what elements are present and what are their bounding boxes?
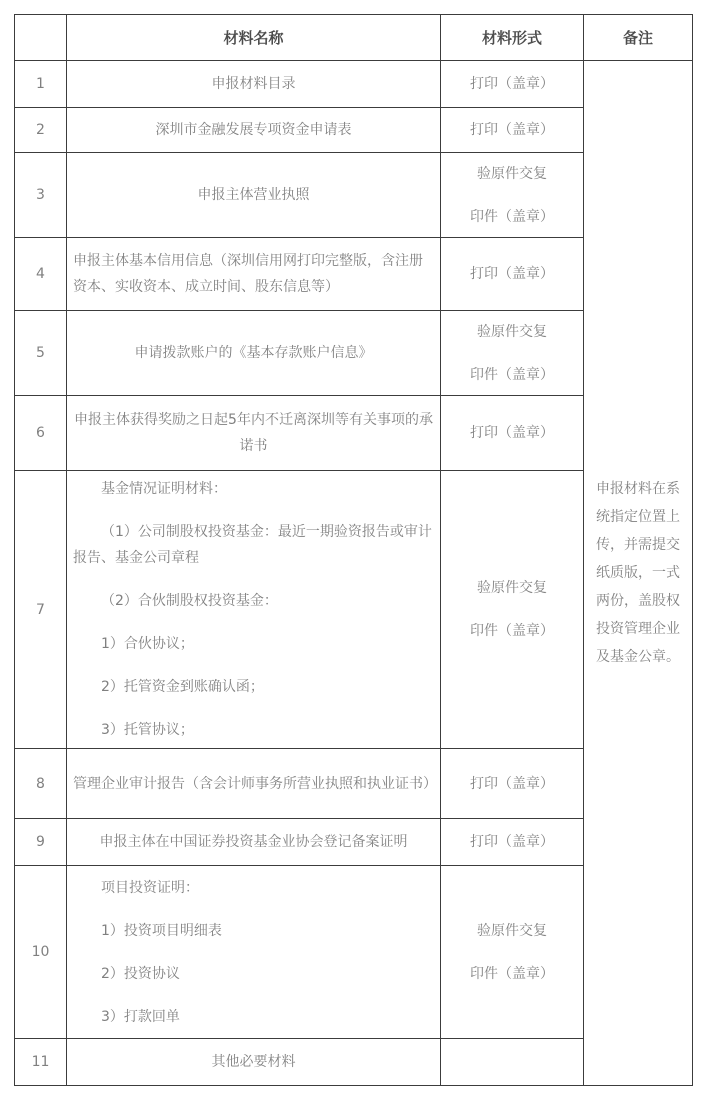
- row7-name-line: 2）托管资金到账确认函；: [73, 674, 434, 700]
- row7-name-line: 3）托管协议；: [73, 717, 434, 743]
- row11-number: 11: [15, 1039, 67, 1086]
- row6-name: 申报主体获得奖励之日起5年内不迁离深圳等有关事项的承诺书: [67, 396, 441, 471]
- row2-form: 打印（盖章）: [441, 108, 584, 153]
- header-material-form: 材料形式: [441, 15, 584, 61]
- row3-form-line: 验原件交复: [447, 161, 577, 187]
- note-text: 申报材料在系统指定位置上传，并需提交纸质版，一式两份，盖股权投资管理企业及基金公…: [590, 475, 686, 671]
- row3-number: 3: [15, 153, 67, 238]
- row9-name-line: 申报主体在中国证券投资基金业协会登记备案证明: [73, 829, 434, 855]
- row10-name-line: 项目投资证明：: [73, 875, 434, 901]
- row10-name-line: 3）打款回单: [73, 1004, 434, 1030]
- row4-name: 申报主体基本信用信息（深圳信用网打印完整版，含注册资本、实收资本、成立时间、股东…: [67, 238, 441, 311]
- document-page: 材料名称 材料形式 备注 1 申报材料目录 打印（盖章） 申报材料在系统指定位置…: [0, 0, 705, 1086]
- row10-form: 验原件交复 印件（盖章）: [441, 866, 584, 1039]
- row5-name: 申请拨款账户的《基本存款账户信息》: [67, 311, 441, 396]
- row3-form: 验原件交复 印件（盖章）: [441, 153, 584, 238]
- row10-name: 项目投资证明： 1）投资项目明细表 2）投资协议 3）打款回单: [67, 866, 441, 1039]
- row10-name-line: 2）投资协议: [73, 961, 434, 987]
- header-material-name: 材料名称: [67, 15, 441, 61]
- row1-name-line: 申报材料目录: [73, 71, 434, 97]
- row1-form: 打印（盖章）: [441, 61, 584, 108]
- row10-name-line: 1）投资项目明细表: [73, 918, 434, 944]
- row9-name: 申报主体在中国证券投资基金业协会登记备案证明: [67, 819, 441, 866]
- row7-name-line: 基金情况证明材料：: [73, 476, 434, 502]
- row4-number: 4: [15, 238, 67, 311]
- table-row: 1 申报材料目录 打印（盖章） 申报材料在系统指定位置上传，并需提交纸质版，一式…: [15, 61, 693, 108]
- row9-form: 打印（盖章）: [441, 819, 584, 866]
- row8-name-line: 管理企业审计报告（含会计师事务所营业执照和执业证书）: [73, 771, 434, 797]
- row11-form: [441, 1039, 584, 1086]
- row7-name-line: （2）合伙制股权投资基金：: [73, 588, 434, 614]
- header-note: 备注: [584, 15, 693, 61]
- row5-name-line: 申请拨款账户的《基本存款账户信息》: [73, 340, 434, 366]
- row7-name-line: （1）公司制股权投资基金：最近一期验资报告或审计报告、基金公司章程: [73, 519, 434, 571]
- row8-form-line: 打印（盖章）: [447, 771, 577, 797]
- row10-number: 10: [15, 866, 67, 1039]
- row2-form-line: 打印（盖章）: [447, 117, 577, 143]
- row7-form: 验原件交复 印件（盖章）: [441, 471, 584, 749]
- row2-name-line: 深圳市金融发展专项资金申请表: [73, 117, 434, 143]
- row9-form-line: 打印（盖章）: [447, 829, 577, 855]
- row3-name: 申报主体营业执照: [67, 153, 441, 238]
- header-row: 材料名称 材料形式 备注: [15, 15, 693, 61]
- row10-form-line: 验原件交复: [447, 918, 577, 944]
- row10-form-line: 印件（盖章）: [447, 961, 577, 987]
- row6-form-line: 打印（盖章）: [447, 420, 577, 446]
- row8-form: 打印（盖章）: [441, 749, 584, 819]
- row8-number: 8: [15, 749, 67, 819]
- row5-number: 5: [15, 311, 67, 396]
- row4-name-line: 申报主体基本信用信息（深圳信用网打印完整版，含注册资本、实收资本、成立时间、股东…: [73, 248, 434, 300]
- row5-form-line: 印件（盖章）: [447, 362, 577, 388]
- row1-name: 申报材料目录: [67, 61, 441, 108]
- row7-name: 基金情况证明材料： （1）公司制股权投资基金：最近一期验资报告或审计报告、基金公…: [67, 471, 441, 749]
- row4-form-line: 打印（盖章）: [447, 261, 577, 287]
- row6-form: 打印（盖章）: [441, 396, 584, 471]
- materials-table: 材料名称 材料形式 备注 1 申报材料目录 打印（盖章） 申报材料在系统指定位置…: [14, 14, 693, 1086]
- header-number: [15, 15, 67, 61]
- note-merged-cell: 申报材料在系统指定位置上传，并需提交纸质版，一式两份，盖股权投资管理企业及基金公…: [584, 61, 693, 1086]
- row11-name-line: 其他必要材料: [73, 1049, 434, 1075]
- row11-name: 其他必要材料: [67, 1039, 441, 1086]
- row7-number: 7: [15, 471, 67, 749]
- row2-number: 2: [15, 108, 67, 153]
- row5-form: 验原件交复 印件（盖章）: [441, 311, 584, 396]
- row1-form-line: 打印（盖章）: [447, 71, 577, 97]
- row3-name-line: 申报主体营业执照: [73, 182, 434, 208]
- row7-form-line: 印件（盖章）: [447, 618, 577, 644]
- row8-name: 管理企业审计报告（含会计师事务所营业执照和执业证书）: [67, 749, 441, 819]
- row6-number: 6: [15, 396, 67, 471]
- row4-form: 打印（盖章）: [441, 238, 584, 311]
- row3-form-line: 印件（盖章）: [447, 204, 577, 230]
- row7-form-line: 验原件交复: [447, 575, 577, 601]
- row1-number: 1: [15, 61, 67, 108]
- row9-number: 9: [15, 819, 67, 866]
- row7-name-line: 1）合伙协议；: [73, 631, 434, 657]
- row6-name-line: 申报主体获得奖励之日起5年内不迁离深圳等有关事项的承诺书: [73, 407, 434, 459]
- row2-name: 深圳市金融发展专项资金申请表: [67, 108, 441, 153]
- row5-form-line: 验原件交复: [447, 319, 577, 345]
